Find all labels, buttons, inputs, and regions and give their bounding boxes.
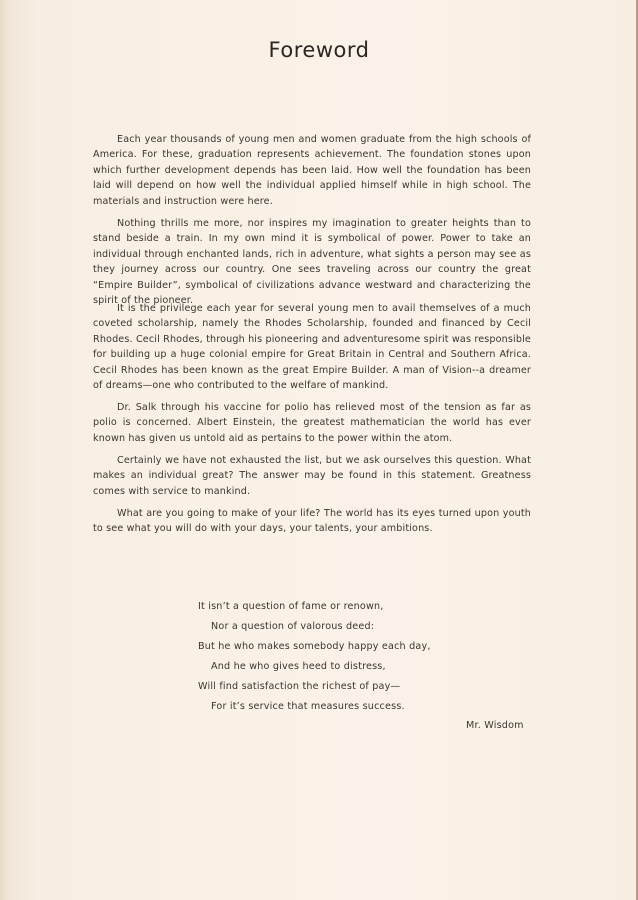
paragraph-4: Dr. Salk through his vaccine for polio h… bbox=[93, 400, 531, 446]
poem-line: Nor a question of valorous deed: bbox=[198, 617, 431, 637]
poem: It isn’t a question of fame or renown, N… bbox=[198, 597, 431, 717]
poem-line: And he who gives heed to distress, bbox=[198, 657, 431, 677]
poem-line: It isn’t a question of fame or renown, bbox=[198, 597, 431, 617]
paragraph-1: Each year thousands of young men and wom… bbox=[93, 132, 531, 209]
paragraph-5: Certainly we have not exhausted the list… bbox=[93, 453, 531, 499]
poem-author: Mr. Wisdom bbox=[466, 720, 524, 731]
page-title: Foreword bbox=[0, 38, 638, 62]
poem-line: Will find satisfaction the richest of pa… bbox=[198, 677, 431, 697]
paragraph-3: It is the privilege each year for severa… bbox=[93, 301, 531, 393]
poem-line: For it’s service that measures success. bbox=[198, 697, 431, 717]
paragraph-6: What are you going to make of your life?… bbox=[93, 506, 531, 537]
paragraph-2: Nothing thrills me more, nor inspires my… bbox=[93, 216, 531, 308]
poem-line: But he who makes somebody happy each day… bbox=[198, 637, 431, 657]
